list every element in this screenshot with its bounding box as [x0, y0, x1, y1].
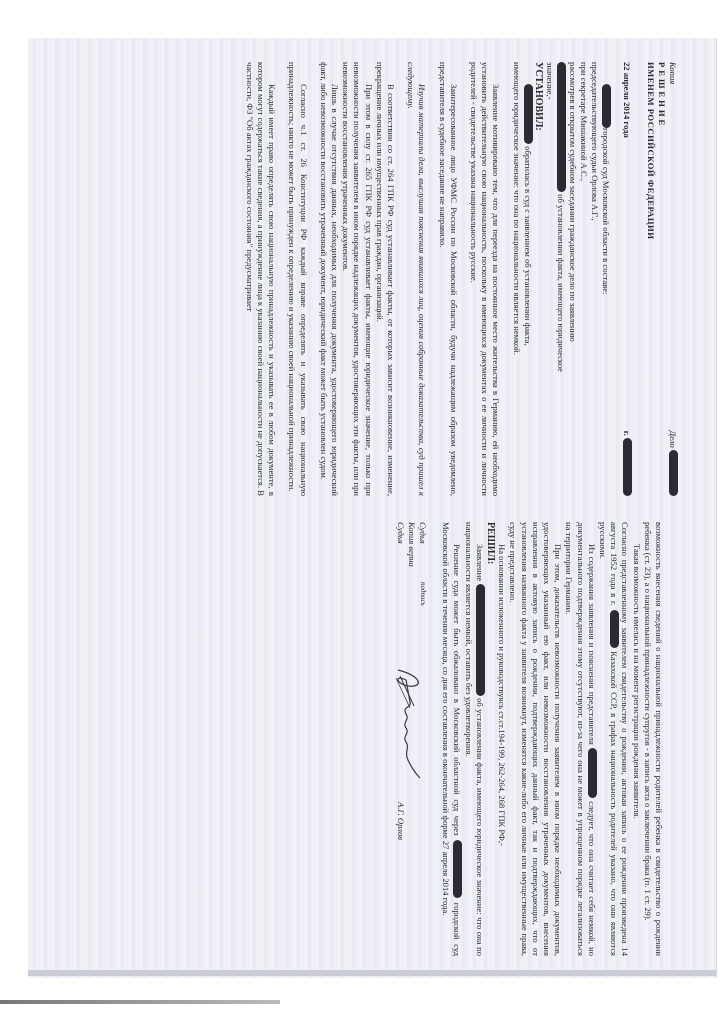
document-subtitle: ИМЕНЕМ РОССИЙСКОЙ ФЕДЕРАЦИИ	[644, 62, 655, 496]
subject-line: об установлении факта, имеющего юридичес…	[555, 62, 566, 496]
case-number: Дело	[667, 431, 678, 496]
document-title: РЕШЕНИЕ	[656, 62, 667, 496]
judge-label: Судья	[394, 522, 405, 582]
redacted-court-name	[453, 840, 462, 898]
paragraph: На основании изложенного и руководствуяс…	[496, 522, 507, 956]
document-page-1: Копия Дело РЕШЕНИЕ ИМЕНЕМ РОССИЙСКОЙ ФЕД…	[56, 48, 716, 508]
presiding-judge: председательствующего судьи Орлова А.Г.,	[589, 62, 600, 496]
copy-verified-label: Копия верна	[406, 522, 417, 582]
scan-edge	[28, 970, 716, 976]
signature-block: Судья Копия верна Судья подпись А.Г. Орл…	[388, 522, 428, 956]
redacted-court-name	[602, 84, 611, 128]
paragraph: Заявление мотивировано тем, что для пере…	[468, 62, 502, 496]
handwritten-signature-icon	[388, 662, 428, 782]
redacted-applicant	[476, 584, 485, 696]
paragraph: При этом, доказательств невозможности по…	[507, 522, 563, 956]
document-page-2: возможность внесения сведений о национал…	[56, 508, 716, 968]
paragraph: имеющего юридическое значение: что она п…	[510, 62, 521, 496]
subject-end: значение,-	[544, 62, 555, 496]
redacted-applicant	[524, 84, 533, 144]
paragraph: Заявление об установлении факта, имеющег…	[462, 522, 484, 956]
court-composition: городской суд Московской области в соста…	[600, 62, 611, 496]
decision-date: 22 апреля 2014 года	[621, 62, 632, 138]
considered-line: рассмотрев в открытом судебном заседании…	[566, 62, 577, 496]
paragraph: Каждый имеет право определять свою нацио…	[244, 62, 278, 496]
section-decided: РЕШИЛ:	[485, 522, 496, 956]
paragraph: Такая возможность имелась и на момент ре…	[630, 522, 641, 956]
signature-placeholder: подпись	[417, 582, 428, 642]
paragraph: обратилась в суд с заявлением об установ…	[522, 62, 533, 496]
redacted-case-number	[669, 450, 678, 496]
redacted-representative	[588, 748, 597, 798]
paragraph: В соответствии со ст. 264 ГПК РФ суд уст…	[374, 62, 396, 496]
paragraph: Согласно представленному заявителем свид…	[597, 522, 631, 956]
judge-label: Судья	[417, 522, 428, 582]
city: г.	[621, 431, 632, 496]
paragraph: Изучив материалы дела, выслушав пояснени…	[405, 62, 427, 496]
scan-edge-shadow	[0, 1000, 280, 1004]
paragraph: При этом в силу ст. 265 ГПК РФ суд устан…	[340, 62, 374, 496]
paragraph: Решение суда может быть обжаловано в Мос…	[440, 522, 462, 956]
paragraph: Согласно ч.1 ст. 26 Конституции РФ кажды…	[286, 62, 308, 496]
paragraph: Лишь в случае отсутствия данных, необход…	[318, 62, 340, 496]
redacted-city	[623, 438, 632, 496]
redacted-birthplace	[610, 610, 619, 648]
section-established: УСТАНОВИЛ:	[533, 62, 544, 496]
redacted-applicant	[557, 62, 566, 192]
copy-label: Копия	[667, 62, 678, 84]
secretary: при секретаре Мишакиной А.С.,	[578, 62, 589, 496]
paragraph: Заинтересованное лицо УФМС России по Мос…	[436, 62, 458, 496]
judge-name: А.Г. Орлов	[395, 802, 406, 840]
paragraph: возможность внесения сведений о национал…	[642, 522, 664, 956]
paragraph: Из содержания заявления и пояснения пред…	[563, 522, 597, 956]
